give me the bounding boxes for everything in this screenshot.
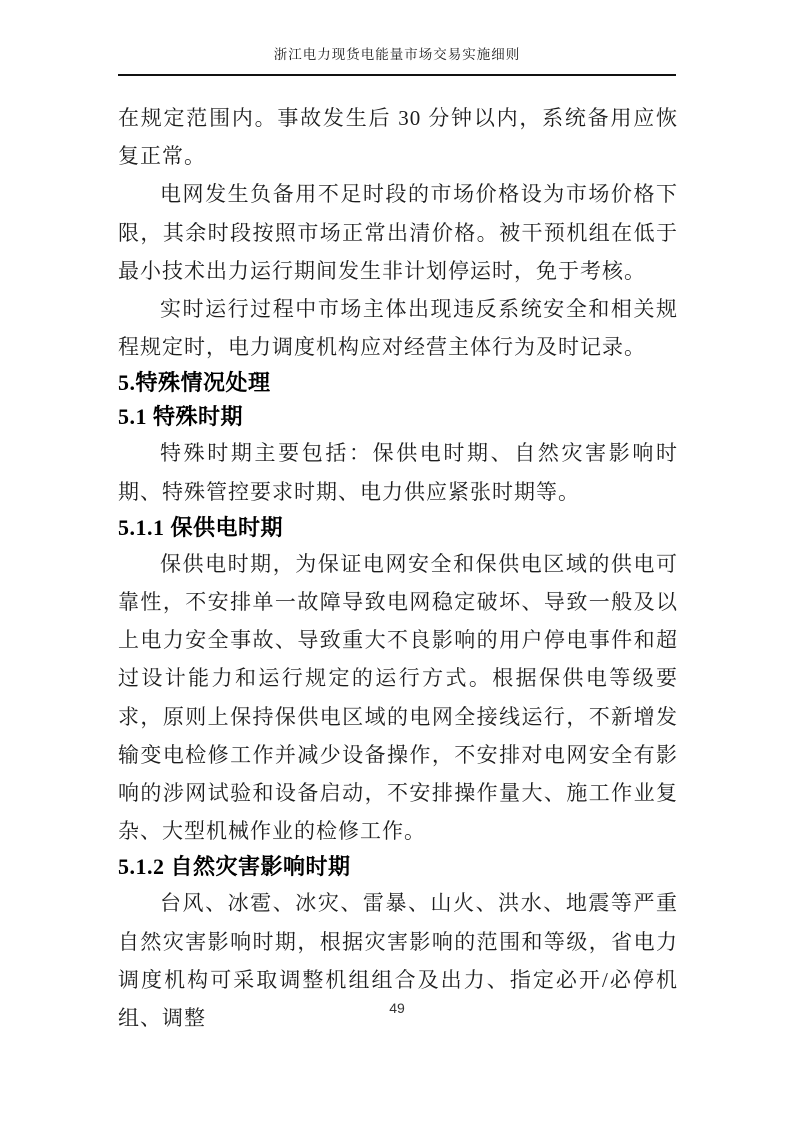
page-footer: 49: [0, 1000, 794, 1018]
body-paragraph: 电网发生负备用不足时段的市场价格设为市场价格下限，其余时段按照市场正常出清价格。…: [118, 175, 678, 290]
body-paragraph: 保供电时期，为保证电网安全和保供电区域的供电可靠性，不安排单一故障导致电网稳定破…: [118, 545, 678, 851]
body-paragraph-continuation: 在规定范围内。事故发生后 30 分钟以内，系统备用应恢复正常。: [118, 99, 678, 175]
section-heading-5: 5.特殊情况处理: [118, 366, 678, 400]
section-heading-5-1-1: 5.1.1 保供电时期: [118, 511, 678, 545]
section-heading-5-1: 5.1 特殊时期: [118, 400, 678, 434]
page-header: 浙江电力现货电能量市场交易实施细则: [118, 46, 676, 76]
body-paragraph: 特殊时期主要包括：保供电时期、自然灾害影响时期、特殊管控要求时期、电力供应紧张时…: [118, 434, 678, 510]
document-body: 在规定范围内。事故发生后 30 分钟以内，系统备用应恢复正常。 电网发生负备用不…: [118, 99, 678, 1037]
header-title: 浙江电力现货电能量市场交易实施细则: [118, 46, 676, 63]
body-paragraph: 实时运行过程中市场主体出现违反系统安全和相关规程规定时，电力调度机构应对经营主体…: [118, 290, 678, 366]
section-heading-5-1-2: 5.1.2 自然灾害影响时期: [118, 850, 678, 884]
page-number: 49: [389, 1000, 405, 1016]
document-page: 浙江电力现货电能量市场交易实施细则 在规定范围内。事故发生后 30 分钟以内，系…: [0, 0, 794, 1123]
